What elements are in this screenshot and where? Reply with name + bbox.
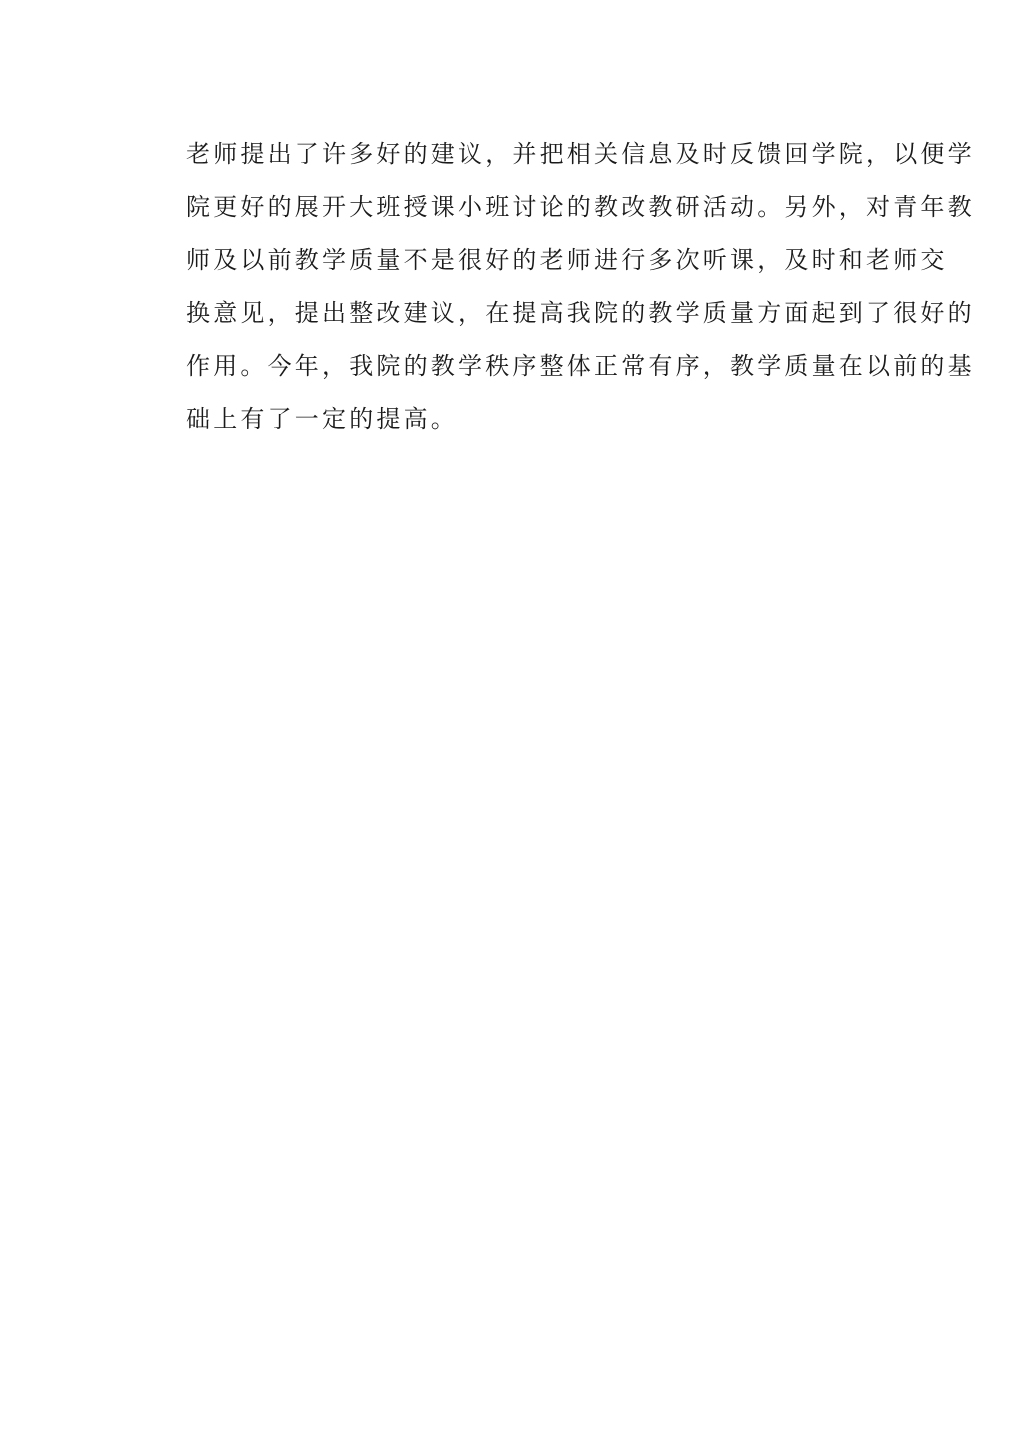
document-page: 老师提出了许多好的建议，并把相关信息及时反馈回学院，以便学 院更好的展开大班授课… — [0, 0, 1024, 1448]
paragraph-line: 师及以前教学质量不是很好的老师进行多次听课，及时和老师交 — [186, 234, 876, 287]
paragraph-line: 院更好的展开大班授课小班讨论的教改教研活动。另外，对青年教 — [186, 181, 876, 234]
paragraph-line: 作用。今年，我院的教学秩序整体正常有序，教学质量在以前的基 — [186, 340, 876, 393]
body-paragraph: 老师提出了许多好的建议，并把相关信息及时反馈回学院，以便学 院更好的展开大班授课… — [186, 128, 876, 446]
paragraph-line: 础上有了一定的提高。 — [186, 393, 876, 446]
paragraph-line: 换意见，提出整改建议，在提高我院的教学质量方面起到了很好的 — [186, 287, 876, 340]
paragraph-line: 老师提出了许多好的建议，并把相关信息及时反馈回学院，以便学 — [186, 128, 876, 181]
